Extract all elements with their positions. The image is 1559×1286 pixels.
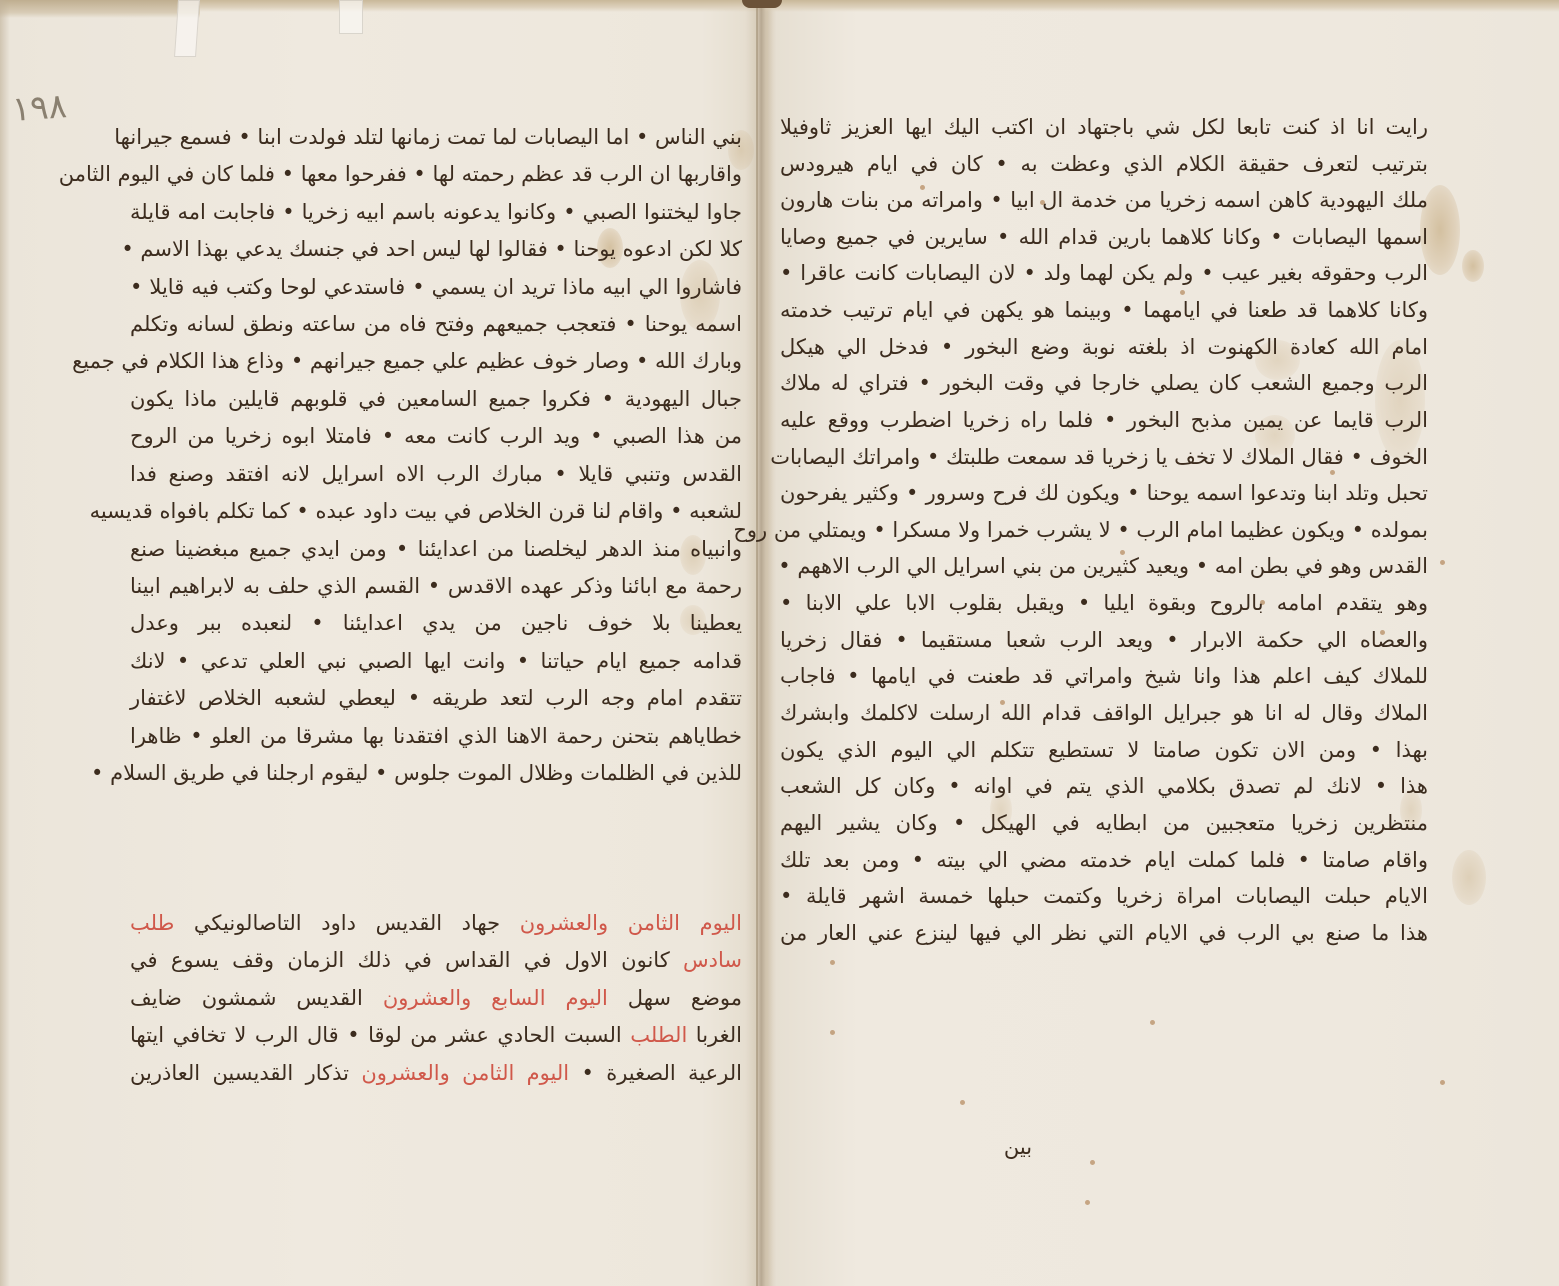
spine-shadow: [745, 0, 773, 1286]
text-line: الرب وحقوقه بغير عيب • ولم يكن لهما ولد …: [780, 256, 1428, 290]
rubric-text: سادس: [683, 948, 742, 972]
tape-strip: [174, 0, 200, 57]
text-line: الملاك وقال له انا هو جبرايل الواقف قدام…: [780, 696, 1428, 730]
text-line: اسمها اليصابات • وكانا كلاهما بارين قدام…: [780, 220, 1428, 254]
text-line: خطاياهم بتحنن رحمة الاهنا الذي افتقدنا ب…: [130, 719, 742, 753]
rubric-text: طلب: [130, 911, 174, 935]
left-edge-shadow: [0, 0, 10, 1286]
text-line: رحمة مع ابائنا وذكر عهده الاقدس • القسم …: [130, 569, 742, 603]
text-line: فاشاروا الي ابيه ماذا تريد ان يسمي • فاس…: [130, 270, 742, 304]
text-line: هذا ما صنع بي الرب في الايام التي نظر ال…: [780, 916, 1428, 950]
rubric-line: سادس كانون الاول في القداس في ذلك الزمان…: [130, 943, 742, 977]
text-line: للملاك كيف اعلم هذا وانا شيخ وامراتي قد …: [780, 659, 1428, 693]
text-line: بترتيب لتعرف حقيقة الكلام الذي وعظت به •…: [780, 147, 1428, 181]
text-line: [130, 869, 742, 903]
page-top-edge-left: [0, 0, 200, 18]
gutter-line: [756, 0, 758, 1286]
text-line: واقاربها ان الرب قد عظم رحمته لها • ففرح…: [130, 157, 742, 191]
text-line: وكانا كلاهما قد طعنا في ايامهما • وبينما…: [780, 293, 1428, 327]
body-text: تذكار القديسين العاذرين: [130, 1061, 361, 1085]
text-line: ملك اليهودية كاهن اسمه زخريا من خدمة ال …: [780, 183, 1428, 217]
text-line: لشعبه • واقام لنا قرن الخلاص في بيت داود…: [130, 494, 742, 528]
foxing-spot: [1150, 1020, 1155, 1025]
foxing-spot: [960, 1100, 965, 1105]
text-line: بني الناس • اما اليصابات لما تمت زمانها …: [130, 120, 742, 154]
text-line: منتظرين زخريا متعجبين من ابطايه في الهيك…: [780, 806, 1428, 840]
text-line: بمولده • ويكون عظيما امام الرب • لا يشرب…: [780, 513, 1428, 547]
text-line: وانبياه منذ الدهر ليخلصنا من اعدايئنا • …: [130, 532, 742, 566]
stain: [1462, 250, 1484, 282]
text-line: [130, 831, 742, 865]
text-line: القدس وهو في بطن امه • ويعيد كثيرين من ب…: [780, 549, 1428, 583]
text-line: بهذا • ومن الان تكون صامتا لا تستطيع تتك…: [780, 733, 1428, 767]
tape-strip: [339, 0, 363, 34]
rubric-line: الغربا الطلب السبت الحادي عشر من لوقا • …: [130, 1018, 742, 1052]
foxing-spot: [1440, 1080, 1445, 1085]
text-line: واقام صامتا • فلما كملت ايام خدمته مضي ا…: [780, 843, 1428, 877]
text-line: [130, 794, 742, 828]
text-line: القدس وتنبي قايلا • مبارك الرب الاه اسرا…: [130, 457, 742, 491]
catchword: بين: [968, 1130, 1068, 1164]
manuscript-spread: ١٩٨ بني الناس • اما اليصابات لما تمت زما…: [0, 0, 1559, 1286]
text-line: للذين في الظلمات وظلال الموت جلوس • ليقو…: [130, 756, 742, 790]
text-line: اسمه يوحنا • فتعجب جميعهم وفتح فاه من سا…: [130, 307, 742, 341]
body-text: السبت الحادي عشر من لوقا • قال الرب لا ت…: [130, 1023, 630, 1047]
foxing-spot: [1085, 1200, 1090, 1205]
rubric-line: الرعية الصغيرة • اليوم الثامن والعشرون ت…: [130, 1056, 742, 1090]
rubric-text: اليوم السابع والعشرون: [383, 986, 608, 1010]
rubric-line: اليوم الثامن والعشرون جهاد القديس داود ا…: [130, 906, 742, 940]
stain: [1452, 850, 1486, 905]
foxing-spot: [1090, 1160, 1095, 1165]
text-line: جاوا ليختنوا الصبي • وكانوا يدعونه باسم …: [130, 195, 742, 229]
text-line: الرب قايما عن يمين مذبح البخور • فلما را…: [780, 403, 1428, 437]
text-line: تحبل وتلد ابنا وتدعوا اسمه يوحنا • ويكون…: [780, 476, 1428, 510]
text-line: وبارك الله • وصار خوف عظيم علي جميع جيرا…: [130, 344, 742, 378]
body-text: جهاد القديس داود التاصالونيكي: [174, 911, 519, 935]
rubric-text: اليوم الثامن والعشرون: [520, 911, 742, 935]
rubric-text: اليوم الثامن والعشرون: [361, 1061, 569, 1085]
body-text: الرعية الصغيرة •: [569, 1061, 742, 1085]
body-text: كانون الاول في القداس في ذلك الزمان وقف …: [130, 948, 683, 972]
text-line: الرب وجميع الشعب كان يصلي خارجا في وقت ا…: [780, 366, 1428, 400]
rubric-text: الطلب: [630, 1023, 687, 1047]
body-text: الغربا: [687, 1023, 742, 1047]
spine-top: [742, 0, 782, 8]
body-text: القديس شمشون ضايف: [130, 986, 383, 1010]
text-line: تتقدم امام وجه الرب لتعد طريقه • ليعطي ل…: [130, 681, 742, 715]
text-line: كلا لكن ادعوه يوحنا • فقالوا لها ليس احد…: [130, 232, 742, 266]
rubric-line: موضع سهل اليوم السابع والعشرون القديس شم…: [130, 981, 742, 1015]
text-line: قدامه جميع ايام حياتنا • وانت ايها الصبي…: [130, 644, 742, 678]
text-line: جبال اليهودية • فكروا جميع السامعين في ق…: [130, 382, 742, 416]
text-line: وهو يتقدم امامه بالروح وبقوة ايليا • ويق…: [780, 586, 1428, 620]
text-line: والعصاه الي حكمة الابرار • ويعد الرب شعب…: [780, 623, 1428, 657]
text-line: الخوف • فقال الملاك لا تخف يا زخريا قد س…: [780, 440, 1428, 474]
body-text: موضع سهل: [608, 986, 742, 1010]
text-line: الايام حبلت اليصابات امراة زخريا وكتمت ح…: [780, 879, 1428, 913]
foxing-spot: [830, 960, 835, 965]
text-line: من هذا الصبي • ويد الرب كانت معه • فامتل…: [130, 419, 742, 453]
text-line: هذا • لانك لم تصدق بكلامي الذي يتم في او…: [780, 769, 1428, 803]
folio-number: ١٩٨: [11, 86, 68, 130]
text-line: يعطينا بلا خوف ناجين من يدي اعدايئنا • ل…: [130, 606, 742, 640]
text-line: رايت انا اذ كنت تابعا لكل شي باجتهاد ان …: [780, 110, 1428, 144]
foxing-spot: [1440, 560, 1445, 565]
foxing-spot: [830, 1030, 835, 1035]
text-line: امام الله كعادة الكهنوت اذ بلغته نوبة وض…: [780, 330, 1428, 364]
